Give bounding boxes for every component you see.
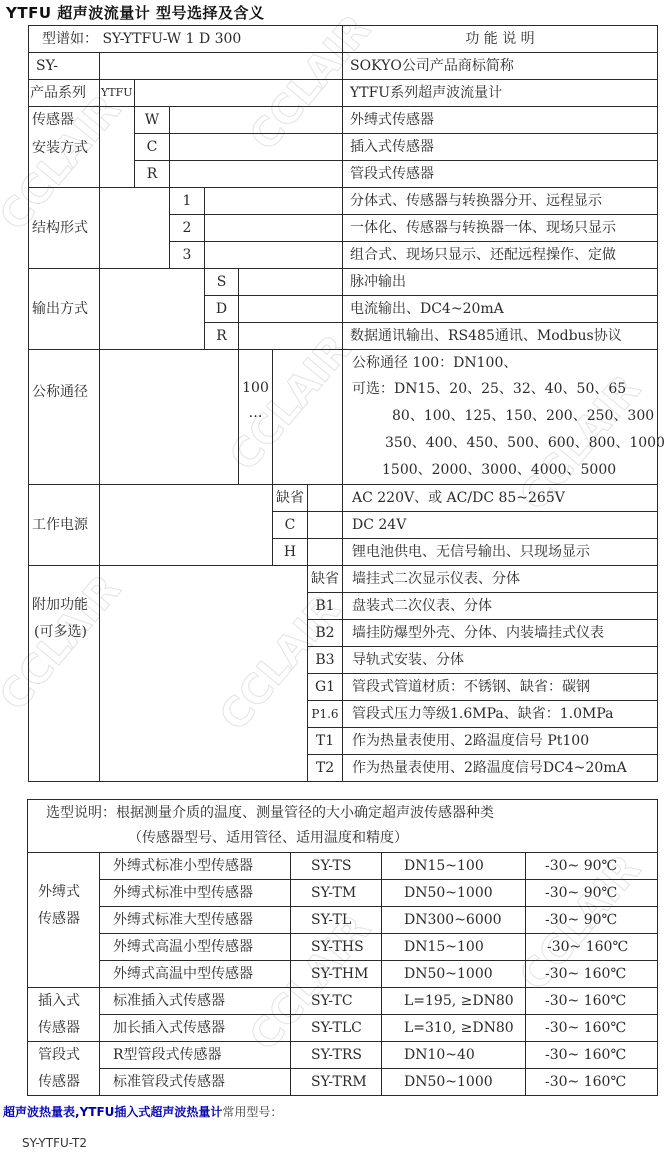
sensor-temp: -30~ 90℃ [545, 907, 617, 933]
sensor-range: DN15~100 [404, 934, 484, 960]
common-model-code: SY-YTFU-T2 [22, 1136, 87, 1150]
sensor-model: SY-TC [311, 988, 353, 1014]
footer-common-models: 超声波热量表,YTFU插入式超声波热量计常用型号： [3, 1103, 282, 1120]
group-label: 传感器 [38, 1015, 80, 1041]
sensor-model: SY-TS [311, 853, 351, 879]
sensor-temp: -30~ 160℃ [547, 934, 628, 960]
sensor-temp: -30~ 160℃ [545, 988, 626, 1014]
sensor-type-table: 选型说明：根据测量介质的温度、测量管径的大小确定超声波传感器种类 （传感器型号、… [0, 0, 668, 1100]
sensor-name: 标准插入式传感器 [113, 988, 225, 1014]
sensor-model: SY-TM [311, 880, 356, 906]
sensor-range: DN15~100 [404, 853, 484, 879]
sensor-range: DN10~40 [404, 1042, 475, 1068]
sensor-model: SY-THM [311, 961, 368, 987]
sensor-temp: -30~ 160℃ [545, 1015, 626, 1041]
sensor-range: DN300~6000 [404, 907, 502, 933]
group-label: 管段式 [38, 1042, 80, 1068]
sensor-name: 加长插入式传感器 [113, 1015, 225, 1041]
sensor-range: DN50~1000 [404, 1069, 493, 1095]
sensor-name: 外缚式高温中型传感器 [113, 961, 253, 987]
sensor-temp: -30~ 160℃ [545, 961, 626, 987]
sensor-temp: -30~ 90℃ [545, 880, 617, 906]
ytfu-heat-meter-link[interactable]: YTFU插入式超声波热量计 [80, 1105, 223, 1119]
sensor-range: DN50~1000 [404, 880, 493, 906]
group-label: 传感器 [38, 906, 80, 932]
footer-suffix: 常用型号： [222, 1105, 282, 1119]
sensor-temp: -30~ 160℃ [545, 1042, 626, 1068]
sensor-name: 外缚式高温小型传感器 [113, 934, 253, 960]
group-label: 外缚式 [38, 879, 80, 905]
sensor-model: SY-TLC [311, 1015, 362, 1041]
selection-note: 选型说明：根据测量介质的温度、测量管径的大小确定超声波传感器种类 [46, 800, 494, 826]
sensor-temp: -30~ 90℃ [545, 853, 617, 879]
sensor-name: R型管段式传感器 [113, 1042, 222, 1068]
sensor-model: SY-TRM [311, 1069, 367, 1095]
sensor-model: SY-TL [311, 907, 351, 933]
sensor-range: L=195, ≥DN80 [404, 988, 514, 1014]
sensor-name: 外缚式标准大型传感器 [113, 907, 253, 933]
heat-meter-link[interactable]: 超声波热量表 [3, 1105, 75, 1119]
selection-note-sub: （传感器型号、适用管径、适用温度和精度） [128, 825, 408, 851]
sensor-name: 外缚式标准中型传感器 [113, 880, 253, 906]
sensor-model: SY-TRS [311, 1042, 362, 1068]
sensor-range: DN50~1000 [404, 961, 493, 987]
sensor-name: 外缚式标准小型传感器 [113, 853, 253, 879]
sensor-model: SY-THS [311, 934, 364, 960]
sensor-name: 标准管段式传感器 [113, 1069, 225, 1095]
group-label: 插入式 [38, 988, 80, 1014]
sensor-range: L=310, ≥DN80 [404, 1015, 514, 1041]
group-label: 传感器 [38, 1069, 80, 1095]
sensor-temp: -30~ 160℃ [545, 1069, 626, 1095]
